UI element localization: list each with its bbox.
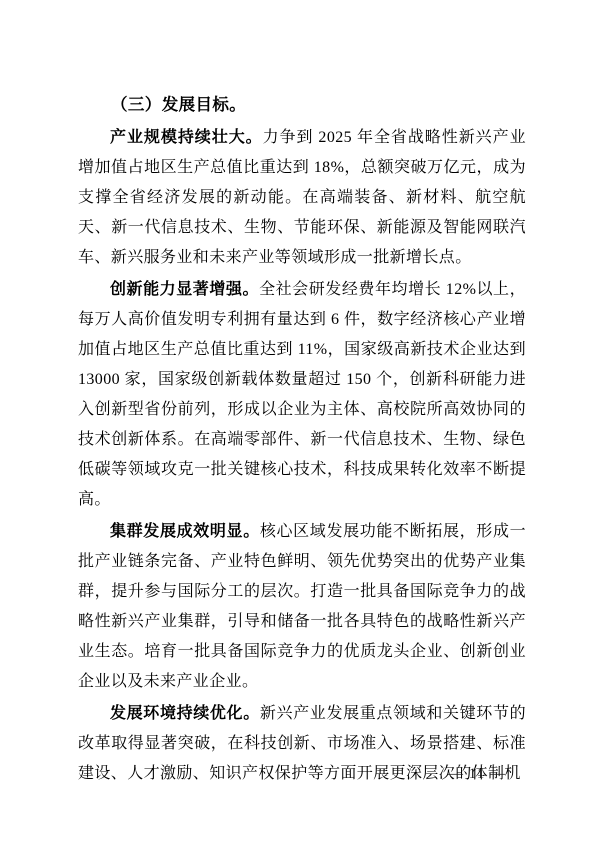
paragraph-lead: 产业规模持续壮大。 xyxy=(110,129,263,146)
document-body: （三）发展目标。 产业规模持续壮大。力争到 2025 年全省战略性新兴产业增加值… xyxy=(78,90,526,791)
paragraph-text: 核心区域发展功能不断拓展，形成一批产业链条完备、产业特色鲜明、领先优势突出的优势… xyxy=(78,523,526,690)
paragraph: 创新能力显著增强。全社会研发经费年均增长 12%以上，每万人高价值发明专利拥有量… xyxy=(78,275,526,515)
paragraph-lead: 发展环境持续优化。 xyxy=(110,705,260,722)
paragraph-lead: 创新能力显著增强。 xyxy=(110,281,259,298)
paragraph: 产业规模持续壮大。力争到 2025 年全省战略性新兴产业增加值占地区生产总值比重… xyxy=(78,123,526,273)
document-page: （三）发展目标。 产业规模持续壮大。力争到 2025 年全省战略性新兴产业增加值… xyxy=(0,0,600,848)
paragraph-text: 力争到 2025 年全省战略性新兴产业增加值占地区生产总值比重达到 18%，总额… xyxy=(78,129,526,266)
paragraph-lead: 集群发展成效明显。 xyxy=(110,523,260,540)
page-number: — 11 — xyxy=(448,766,506,783)
paragraph: 集群发展成效明显。核心区域发展功能不断拓展，形成一批产业链条完备、产业特色鲜明、… xyxy=(78,517,526,697)
paragraph-text: 全社会研发经费年均增长 12%以上，每万人高价值发明专利拥有量达到 6 件，数字… xyxy=(78,281,526,508)
section-heading: （三）发展目标。 xyxy=(78,90,526,120)
